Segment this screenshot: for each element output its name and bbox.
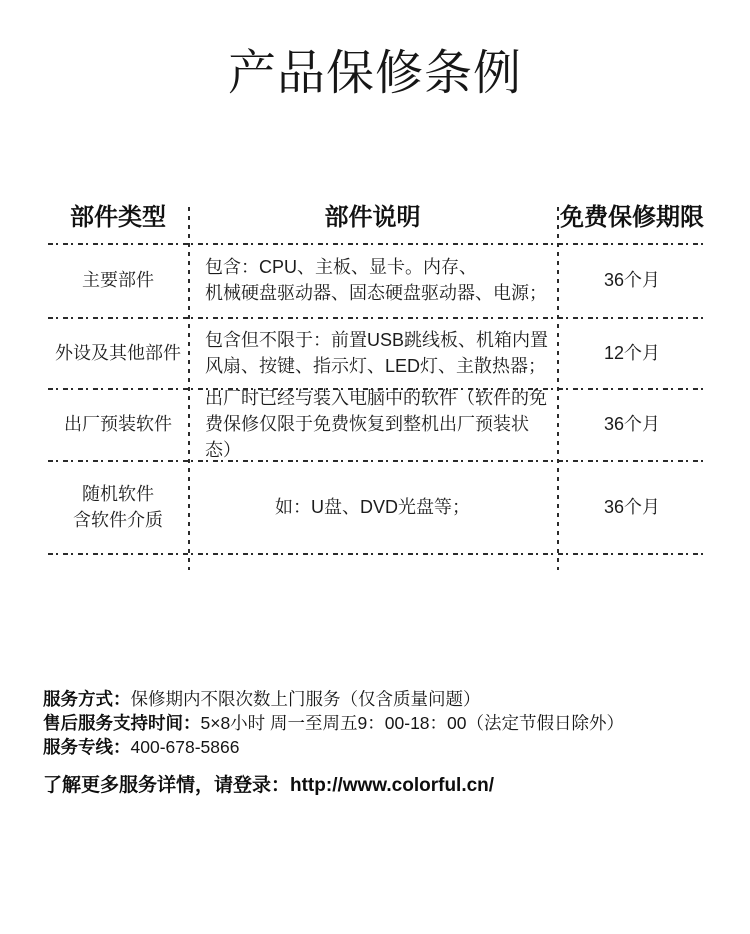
part-type-label: 出厂预装软件 [64,411,172,437]
table-cell-type-peripherals: 外设及其他部件 [48,317,188,388]
service-hours-line: 售后服务支持时间：5×8小时 周一至周五9：00-18：00（法定节假日除外） [43,711,723,735]
description-line: 如：U盘、DVD光盘等； [275,494,470,520]
service-info-block: 服务方式：保修期内不限次数上门服务（仅含质量问题） 售后服务支持时间：5×8小时… [43,687,723,759]
table-cell-period-bundled-software: 36个月 [557,460,707,553]
part-type-label: 主要部件 [82,267,154,293]
description-line: 机械硬盘驱动器、固态硬盘驱动器、电源； [205,280,547,306]
description-line: 风扇、按键、指示灯、LED灯、主散热器； [205,353,546,379]
table-cell-type-main-components: 主要部件 [48,243,188,317]
part-type-label: 随机软件 [82,481,154,507]
warranty-period-value: 36个月 [604,411,660,437]
service-method-text: 保修期内不限次数上门服务（仅含质量问题） [131,689,481,709]
table-cell-description-preinstalled-software: 出厂时已经与装入电脑中的软件（软件的免 费保修仅限于免费恢复到整机出厂预装状态） [188,388,557,460]
part-type-label: 含软件介质 [73,507,163,533]
service-method-line: 服务方式：保修期内不限次数上门服务（仅含质量问题） [43,687,723,711]
table-column-divider [557,207,559,570]
warranty-period-value: 12个月 [604,340,660,366]
table-cell-description-peripherals: 包含但不限于：前置USB跳线板、机箱内置 风扇、按键、指示灯、LED灯、主散热器… [188,317,557,388]
table-row-divider [48,460,707,462]
table-row-divider [48,243,707,245]
table-cell-period-main-components: 36个月 [557,243,707,317]
more-info-line: 了解更多服务详情，请登录：http://www.colorful.cn/ [43,772,494,800]
warranty-period-value: 36个月 [604,267,660,293]
column-header-part-type: 部件类型 [48,203,188,243]
column-header-warranty-period: 免费保修期限 [557,203,707,243]
page-title: 产品保修条例 [0,34,750,103]
service-hotline-line: 服务专线：400-678-5866 [43,735,723,759]
description-line: 费保修仅限于免费恢复到整机出厂预装状态） [205,411,549,463]
table-cell-type-bundled-software: 随机软件 含软件介质 [48,460,188,553]
part-type-label: 外设及其他部件 [55,340,181,366]
description-line: 包含：CPU、主板、显卡。内存、 [205,254,477,280]
warranty-document-page: 产品保修条例 部件类型 部件说明 免费保修期限 主要部件 包含：CPU、主板、显… [0,0,750,934]
service-hotline-label: 服务专线： [43,737,131,757]
table-cell-type-preinstalled-software: 出厂预装软件 [48,388,188,460]
table-column-divider [188,207,190,570]
table-row-divider [48,388,707,390]
warranty-period-value: 36个月 [604,494,660,520]
service-hours-text: 5×8小时 周一至周五9：00-18：00（法定节假日除外） [201,713,625,733]
description-line: 包含但不限于：前置USB跳线板、机箱内置 [205,327,548,353]
warranty-table: 部件类型 部件说明 免费保修期限 主要部件 包含：CPU、主板、显卡。内存、 机… [48,203,707,570]
table-row-divider [48,553,707,555]
table-cell-description-main-components: 包含：CPU、主板、显卡。内存、 机械硬盘驱动器、固态硬盘驱动器、电源； [188,243,557,317]
service-method-label: 服务方式： [43,689,131,709]
column-header-part-description: 部件说明 [188,203,557,243]
table-cell-description-bundled-software: 如：U盘、DVD光盘等； [188,460,557,553]
table-cell-period-peripherals: 12个月 [557,317,707,388]
service-hours-label: 售后服务支持时间： [43,713,201,733]
table-cell-period-preinstalled-software: 36个月 [557,388,707,460]
service-hotline-number: 400-678-5866 [131,737,240,757]
table-row-divider [48,317,707,319]
